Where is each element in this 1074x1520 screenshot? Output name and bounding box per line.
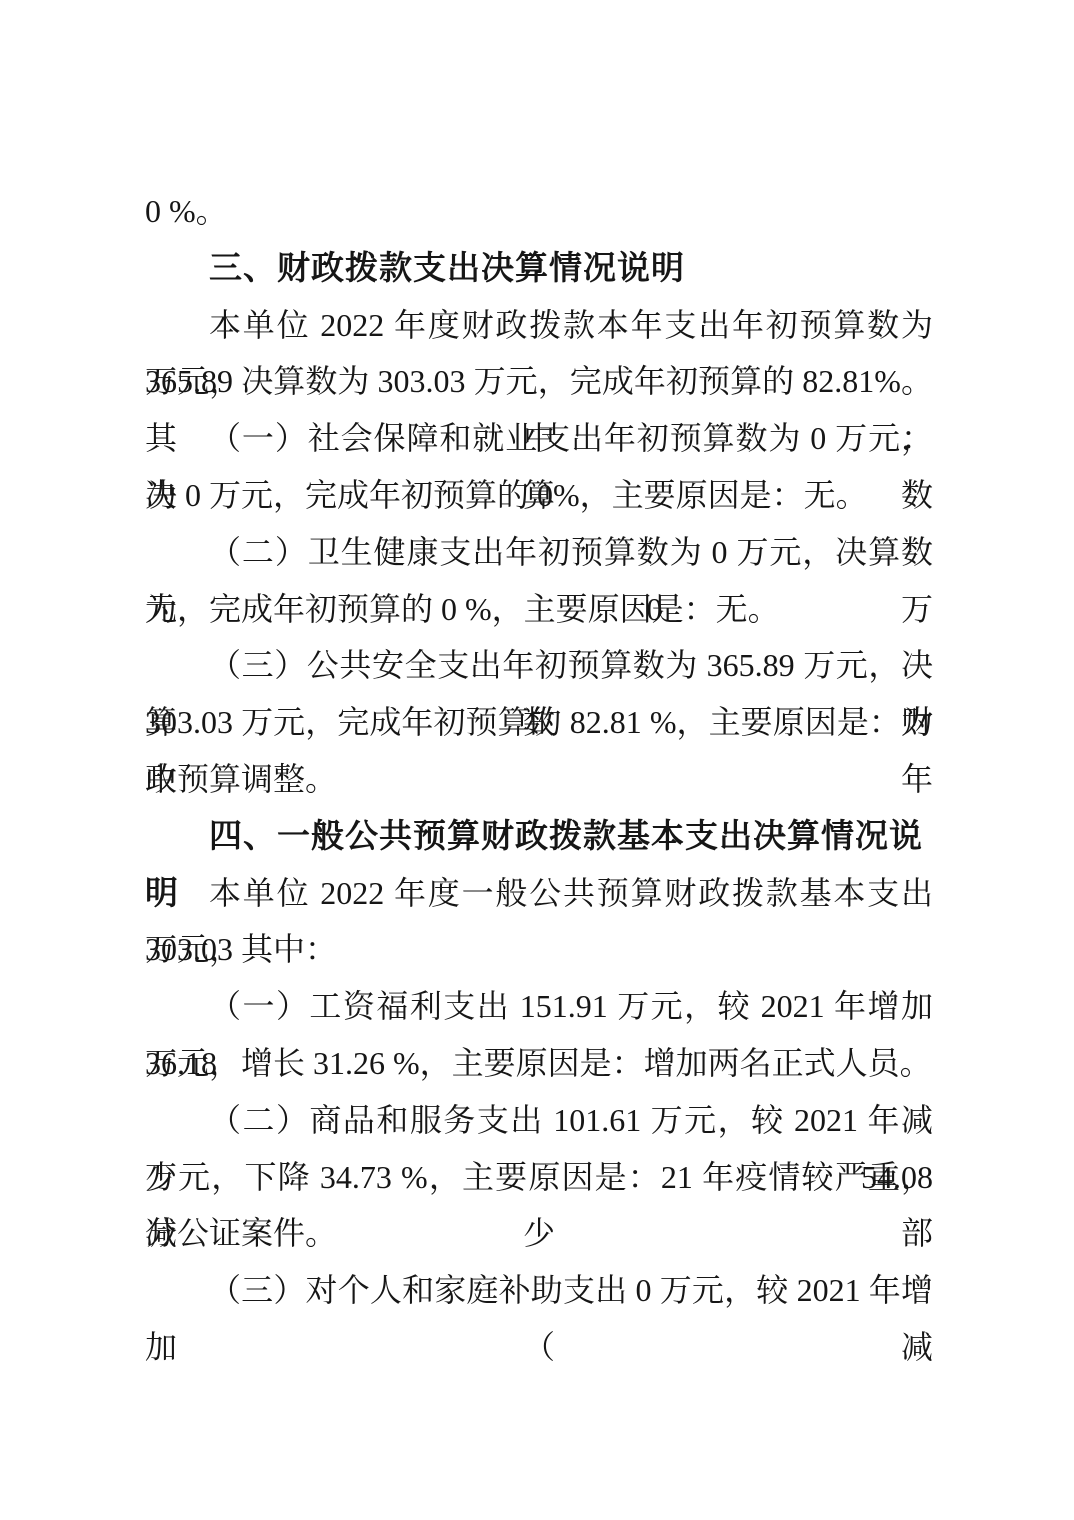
body-line-item-1-social: （一）社会保障和就业支出年初预算数为 0 万元，决算数	[145, 410, 933, 467]
body-line: 为 0 万元，完成年初预算的 0%，主要原因是：无。	[145, 467, 933, 524]
body-line: 万元，下降 34.73 %，主要原因是：21 年疫情较严重，减少部	[145, 1149, 933, 1206]
body-line: 303.03 万元，完成年初预算的 82.81 %，主要原因是：财政年	[145, 694, 933, 751]
section-heading-3: 三、财政拨款支出决算情况说明	[145, 240, 933, 297]
body-line-item-3-subsidy: （三）对个人和家庭补助支出 0 万元，较 2021 年增加（减	[145, 1262, 933, 1319]
body-line: 万元，增长 31.26 %，主要原因是：增加两名正式人员。	[145, 1035, 933, 1092]
document-page: 0 %。 三、财政拨款支出决算情况说明 本单位 2022 年度财政拨款本年支出年…	[0, 0, 1074, 1520]
section-heading-4: 四、一般公共预算财政拨款基本支出决算情况说明	[145, 808, 933, 865]
body-line: 万元，其中：	[145, 921, 933, 978]
body-line: 万元，决算数为 303.03 万元，完成年初预算的 82.81%。其中：	[145, 353, 933, 410]
body-line-item-3-publicsafety: （三）公共安全支出年初预算数为 365.89 万元，决算数为	[145, 637, 933, 694]
body-line: 本单位 2022 年度财政拨款本年支出年初预算数为 365.89	[145, 297, 933, 354]
document-text-block: 0 %。 三、财政拨款支出决算情况说明 本单位 2022 年度财政拨款本年支出年…	[145, 183, 933, 1319]
body-line: 本单位 2022 年度一般公共预算财政拨款基本支出 303.03	[145, 865, 933, 922]
body-line-continuation: 0 %。	[145, 183, 933, 240]
body-line-item-2-goods: （二）商品和服务支出 101.61 万元，较 2021 年减少 54.08	[145, 1092, 933, 1149]
body-line-item-1-salary: （一）工资福利支出 151.91 万元，较 2021 年增加 36.18	[145, 978, 933, 1035]
body-line-item-2-health: （二）卫生健康支出年初预算数为 0 万元，决算数为 0 万	[145, 524, 933, 581]
